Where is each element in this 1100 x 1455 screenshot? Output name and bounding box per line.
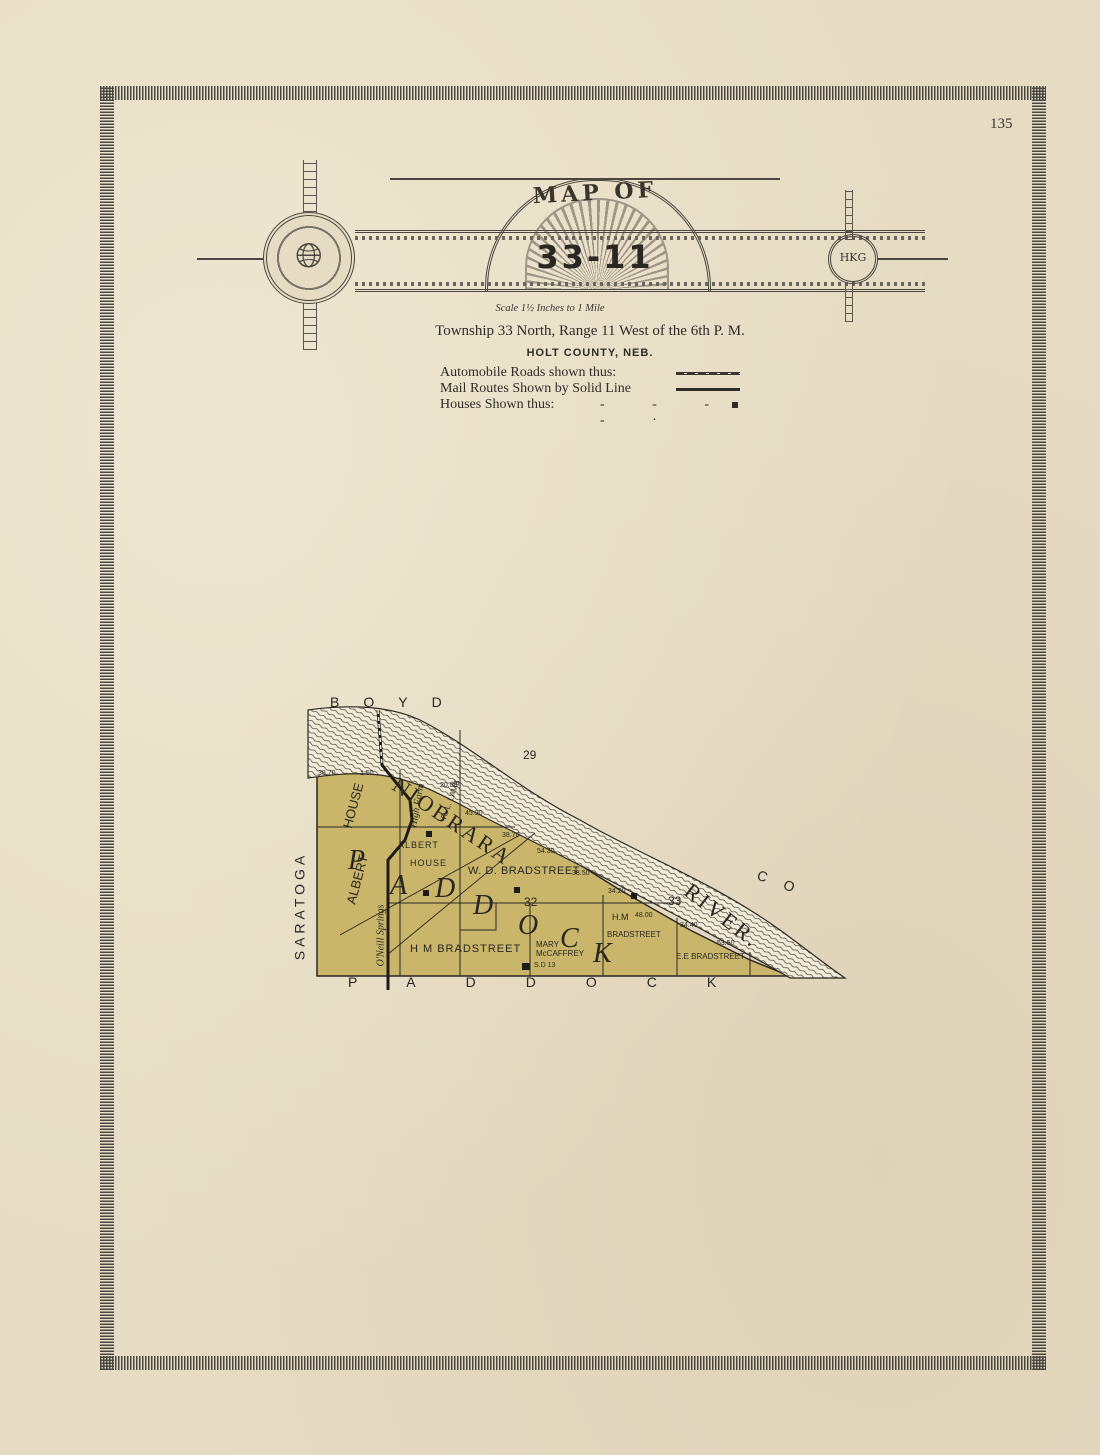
border-top	[100, 86, 1046, 100]
lot-acres: 45.90	[465, 810, 483, 817]
township-letter-o: O	[518, 910, 538, 942]
ornament-arm-left	[197, 258, 267, 260]
township-letter-d1: D	[435, 873, 455, 905]
lot-acres: 34.40	[680, 922, 698, 929]
lot-acres: 38.70	[502, 832, 520, 839]
owner-house-2: HOUSE	[410, 858, 447, 868]
owner-ee-bradstreet: E.E BRADSTREET	[676, 952, 745, 961]
globe-medallion: 🌐︎	[263, 212, 355, 304]
lot-acres: 54.30	[537, 848, 555, 855]
section-number-33: 33	[668, 894, 681, 908]
lot-acres: 1.50	[360, 770, 374, 777]
legend-row-houses: Houses Shown thus: - - - - ·	[440, 397, 750, 413]
lot-acres: 48.00	[635, 912, 653, 919]
owner-hm-bradstreet-2: BRADSTREET	[607, 930, 661, 939]
ornament-post-left-top	[303, 160, 317, 220]
house-symbol-icon	[732, 402, 738, 408]
legend-row-auto-roads: Automobile Roads shown thus:	[440, 365, 750, 381]
legend-label: Automobile Roads shown thus:	[440, 365, 616, 380]
township-map: BOYD SARATOGA PADDOCK CO NIOBRARA RIVER.…	[290, 690, 860, 1000]
place-oneill-springs: O'Neill Springs	[375, 905, 386, 967]
lot-acres: 38.70	[318, 770, 336, 777]
map-title: 33-11	[495, 238, 695, 276]
ornament-post-right-top	[845, 190, 853, 240]
map-legend: Automobile Roads shown thus: Mail Routes…	[440, 365, 750, 413]
owner-hm-label: H.M	[612, 912, 629, 922]
lot-acres: 34.20	[608, 888, 626, 895]
lot-acres: 20.80	[440, 782, 458, 789]
township-letter-a: A	[390, 870, 407, 902]
border-bottom	[100, 1356, 1046, 1370]
township-letter-d2: D	[473, 890, 493, 922]
legend-label: Houses Shown thus:	[440, 397, 554, 412]
owner-mary-mccaffrey: MARY McCAFFREY	[536, 940, 596, 958]
ornament-post-right-bottom	[845, 282, 853, 322]
monogram-medallion: HKG	[828, 234, 878, 284]
globe-icon: 🌐︎	[267, 238, 351, 276]
adjacent-west-label: SARATOGA	[291, 852, 307, 961]
township-description: Township 33 North, Range 11 West of the …	[0, 323, 1100, 340]
lot-acres: 38.50	[572, 870, 590, 877]
house-dots: - - - - ·	[600, 397, 750, 429]
border-left	[100, 86, 114, 1370]
county-label: HOLT COUNTY, NEB.	[0, 347, 1100, 359]
owner-albert-2: ALBERT	[398, 840, 439, 850]
adjacent-north-label: BOYD	[330, 694, 466, 710]
school-district-label: S.D 13	[534, 962, 555, 969]
solid-line-symbol-icon	[676, 388, 740, 391]
legend-row-mail-routes: Mail Routes Shown by Solid Line	[440, 381, 750, 397]
page-number: 135	[990, 116, 1013, 133]
dashed-road-symbol-icon	[676, 372, 740, 375]
owner-hm-bradstreet: H M BRADSTREET	[410, 943, 521, 955]
adjacent-south-label: PADDOCK	[348, 974, 766, 990]
legend-label: Mail Routes Shown by Solid Line	[440, 381, 631, 396]
map-scale: Scale 1½ Inches to 1 Mile	[0, 303, 1100, 314]
owner-wd-bradstreet: W. D. BRADSTREET	[468, 865, 580, 877]
section-number-29: 29	[523, 748, 536, 762]
section-number-32: 32	[524, 895, 537, 909]
ornament-arm-right	[878, 258, 948, 260]
border-right	[1032, 86, 1046, 1370]
lot-acres: 53.50	[717, 940, 735, 947]
